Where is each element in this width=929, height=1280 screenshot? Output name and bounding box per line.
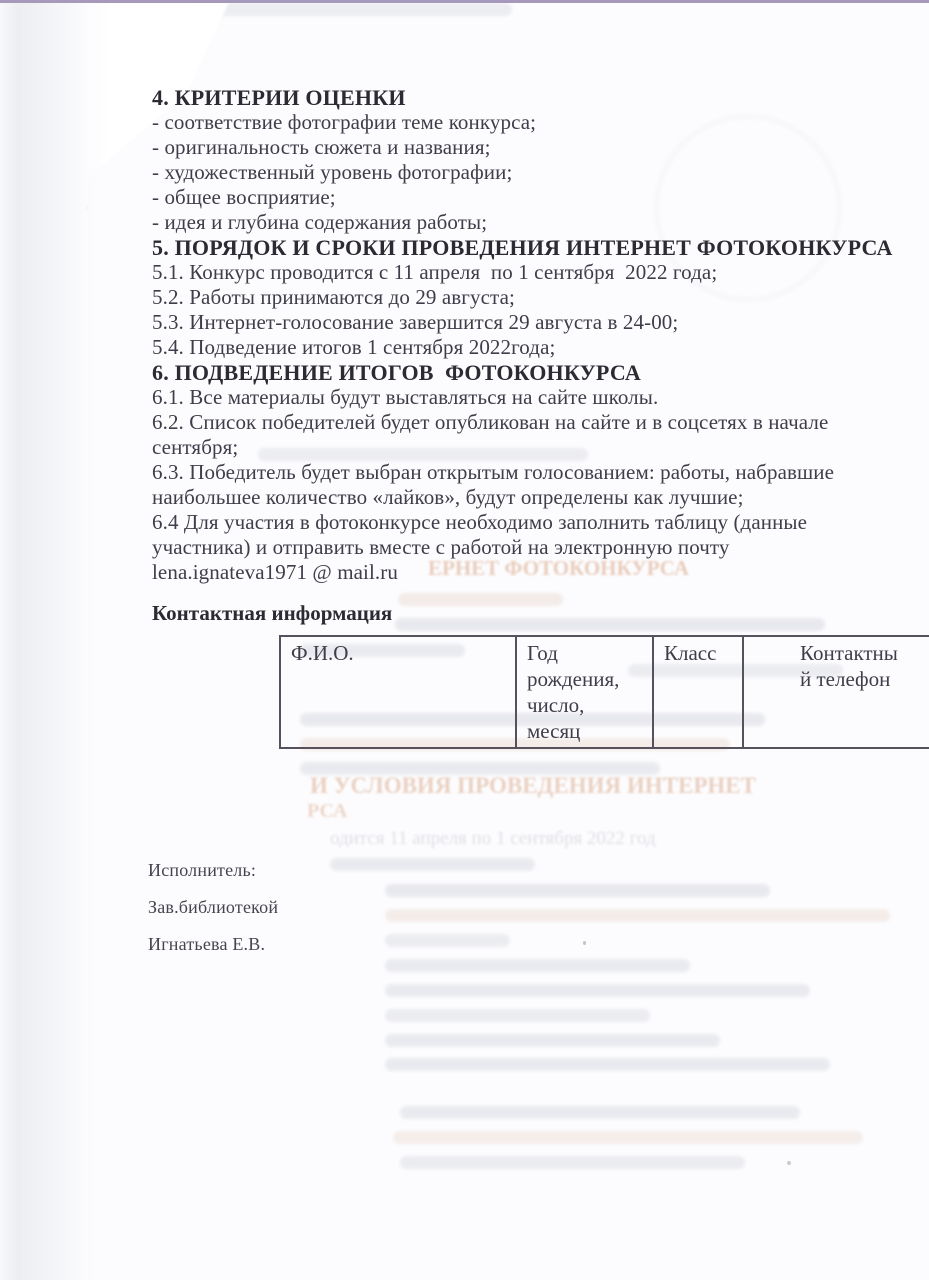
bleedthrough-line [385,1009,650,1022]
doc-line: 6.3. Победитель будет выбран открытым го… [152,460,912,485]
table-header-birth: Год рождения, число, месяц [516,636,653,748]
doc-line: lena.ignateva1971 @ mail.ru [152,560,912,585]
doc-line: - соответствие фотографии теме конкурса; [152,110,912,135]
bleedthrough-line [385,1034,720,1047]
bleedthrough-line [393,1131,863,1144]
scan-left-shadow [0,3,110,1280]
executor-position: Зав.библиотекой [148,897,278,918]
doc-line: - художественный уровень фотографии; [152,160,912,185]
scan-speck [787,1161,791,1165]
bleedthrough-line [385,959,690,972]
executor-label: Исполнитель: [148,860,256,881]
doc-line: - общее восприятие; [152,185,912,210]
document-text-block: 4. КРИТЕРИИ ОЦЕНКИ- соответствие фотогра… [152,85,912,585]
bleedthrough-line [400,1156,745,1169]
doc-line: 5.4. Подведение итогов 1 сентября 2022го… [152,335,912,360]
contact-info-table: Ф.И.О. Год рождения, число, месяц Класс … [279,635,929,749]
bleedthrough-line [385,934,510,947]
section-heading: 4. КРИТЕРИИ ОЦЕНКИ [152,85,912,110]
doc-line: наибольшее количество «лайков», будут оп… [152,485,912,510]
bleedthrough-line [300,762,660,775]
doc-line: 6.4 Для участия в фотоконкурсе необходим… [152,510,912,535]
bleedthrough-line [385,884,770,897]
doc-line: 5.3. Интернет-голосование завершится 29 … [152,310,912,335]
section-heading: 5. ПОРЯДОК И СРОКИ ПРОВЕДЕНИЯ ИНТЕРНЕТ Ф… [152,235,912,260]
bleedthrough-text: одится 11 апреля по 1 сентября 2022 год [330,828,656,850]
doc-line: сентября; [152,435,912,460]
doc-line: 5.1. Конкурс проводится с 11 апреля по 1… [152,260,912,285]
executor-name: Игнатьева Е.В. [148,934,265,955]
scan-top-edge [0,0,929,3]
table-header-fio: Ф.И.О. [280,636,516,748]
bleedthrough-line [400,1106,800,1119]
section-heading: 6. ПОДВЕДЕНИЕ ИТОГОВ ФОТОКОНКУРСА [152,360,912,385]
table-header-class: Класс [653,636,743,748]
doc-line: - идея и глубина содержания работы; [152,210,912,235]
contact-info-heading: Контактная информация [152,601,392,626]
bleedthrough-line [385,984,810,997]
scan-speck [583,941,586,945]
doc-line: 5.2. Работы принимаются до 29 августа; [152,285,912,310]
bleedthrough-text: И УСЛОВИЯ ПРОВЕДЕНИЯ ИНТЕРНЕТ [310,773,756,799]
table-header-phone: Контактны й телефон [743,636,929,748]
doc-line: участника) и отправить вместе с работой … [152,535,912,560]
bleedthrough-text: РСА [307,800,347,823]
doc-line: 6.2. Список победителей будет опубликова… [152,410,912,435]
bleedthrough-line [398,593,563,606]
doc-line: 6.1. Все материалы будут выставляться на… [152,385,912,410]
bleedthrough-line [385,909,890,922]
table-header-row: Ф.И.О. Год рождения, число, месяц Класс … [280,636,929,748]
bleedthrough-line [385,1058,830,1071]
bleedthrough-line [330,858,535,871]
doc-line: - оригинальность сюжета и названия; [152,135,912,160]
scanned-document-page: ЕРНЕТ ФОТОКОНКУРСАИ УСЛОВИЯ ПРОВЕДЕНИЯ И… [0,0,929,1280]
bleedthrough-line [395,618,825,631]
